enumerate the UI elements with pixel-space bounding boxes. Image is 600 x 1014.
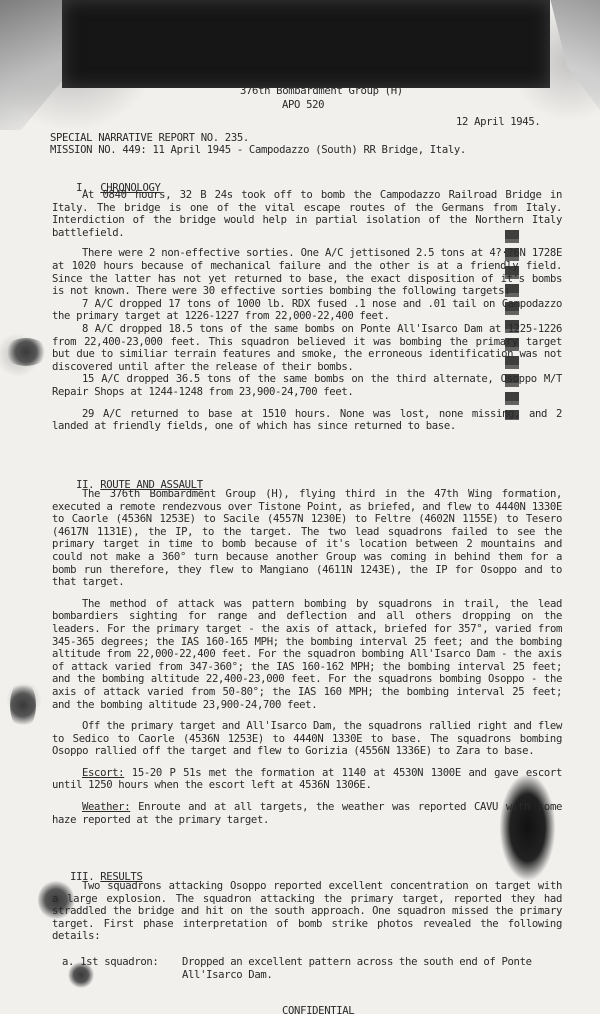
paragraph: There were 2 non-effective sorties. One …: [52, 247, 562, 297]
mission-line: MISSION NO. 449: 11 April 1945 - Campoda…: [50, 144, 466, 157]
stain-mark: [4, 338, 48, 366]
torn-corner: [545, 0, 600, 110]
paragraph: 7 A/C dropped 17 tons of 1000 lb. RDX fu…: [52, 298, 562, 323]
redacted-header-block: [62, 0, 550, 88]
paragraph: 15 A/C dropped 36.5 tons of the same bom…: [52, 373, 562, 398]
paragraph: 8 A/C dropped 18.5 tons of the same bomb…: [52, 323, 562, 373]
report-date: 12 April 1945.: [456, 116, 540, 129]
escort-label: Escort:: [82, 767, 124, 779]
weather-paragraph: Weather: Enroute and at all targets, the…: [52, 801, 562, 826]
document-page: 376th Bombardment Group (H) APO 520 12 A…: [0, 0, 600, 1014]
paragraph: At 0840 hours, 32 B 24s took off to bomb…: [52, 189, 562, 239]
weather-label: Weather:: [82, 801, 130, 813]
organization-name: 376th Bombardment Group (H): [240, 85, 403, 98]
route-body: The 376th Bombardment Group (H), flying …: [52, 488, 562, 826]
apo-number: APO 520: [282, 99, 324, 112]
escort-paragraph: Escort: 15-20 P 51s met the formation at…: [52, 767, 562, 792]
escort-text: 15-20 P 51s met the formation at 1140 at…: [52, 767, 562, 792]
paragraph: Off the primary target and All'Isarco Da…: [52, 720, 562, 758]
torn-corner: [0, 0, 70, 130]
result-item-a-text: Dropped an excellent pattern across the …: [182, 956, 557, 981]
paragraph: The method of attack was pattern bombing…: [52, 598, 562, 711]
paragraph: Two squadrons attacking Osoppo reported …: [52, 880, 562, 943]
chronology-body: At 0840 hours, 32 B 24s took off to bomb…: [52, 189, 562, 433]
stain-mark: [10, 680, 36, 730]
result-item-a-label: a. 1st squadron:: [62, 956, 158, 969]
paragraph: The 376th Bombardment Group (H), flying …: [52, 488, 562, 589]
classification-footer: CONFIDENTIAL: [282, 1005, 354, 1014]
paragraph: 29 A/C returned to base at 1510 hours. N…: [52, 408, 562, 433]
results-body: Two squadrons attacking Osoppo reported …: [52, 880, 562, 943]
